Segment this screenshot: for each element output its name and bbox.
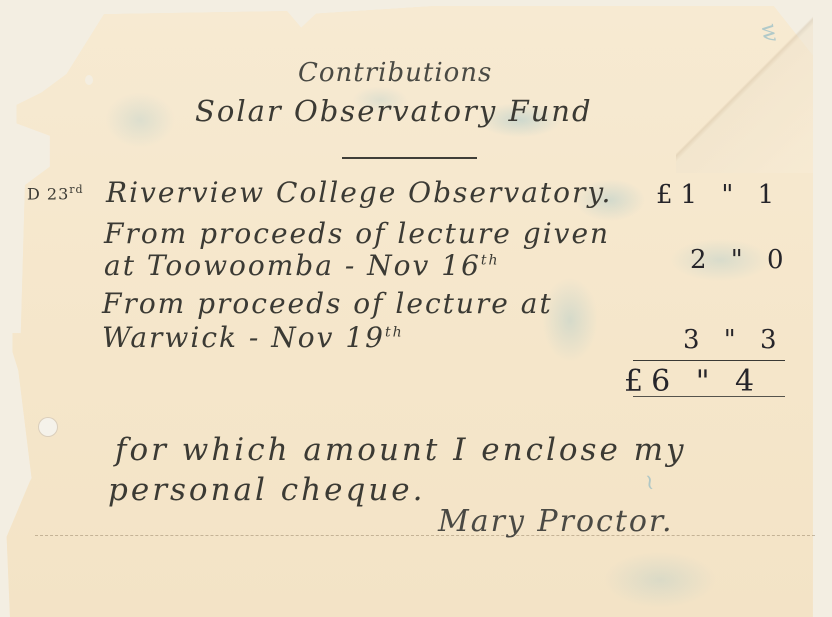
entry-2-text-line2: at Toowoomba - Nov 16th	[104, 249, 500, 282]
entry-1-text: Riverview College Observatory.	[106, 176, 612, 209]
punch-hole	[38, 417, 58, 437]
entry-3-ordinal: th	[385, 325, 404, 341]
entry-3-text-line1: From proceeds of lecture at	[102, 287, 553, 320]
entry-3-text-line2: Warwick - Nov 19th	[102, 321, 404, 354]
total-amount: £6 " 4	[624, 364, 762, 399]
entry-2-ordinal: th	[481, 253, 500, 269]
sum-rule	[633, 360, 785, 361]
entry-3-date: Warwick - Nov 19	[102, 321, 385, 354]
entry-2-date: at Toowoomba - Nov 16	[104, 249, 481, 282]
entry-date: D 23rd	[27, 183, 84, 203]
paper-tear	[85, 75, 93, 85]
signature: Mary Proctor.	[438, 504, 674, 539]
title-fund-name: Solar Observatory Fund	[195, 94, 593, 128]
closing-line-2: personal cheque.	[108, 472, 425, 508]
entry-2-amount: 2 " 0	[690, 245, 792, 275]
entry-1-amount: £1 " 1	[656, 180, 782, 210]
date-ordinal: rd	[69, 183, 83, 196]
title-underline	[342, 157, 477, 159]
entry-2-text-line1: From proceeds of lecture given	[104, 217, 610, 250]
fold-crease	[35, 535, 815, 536]
title-contributions: Contributions	[298, 58, 492, 88]
closing-line-1: for which amount I enclose my	[115, 432, 687, 468]
date-day: D 23	[27, 184, 69, 203]
total-underline	[633, 396, 785, 397]
entry-3-amount: 3 " 3	[683, 325, 785, 355]
ink-bleed-mark: w	[755, 21, 783, 44]
